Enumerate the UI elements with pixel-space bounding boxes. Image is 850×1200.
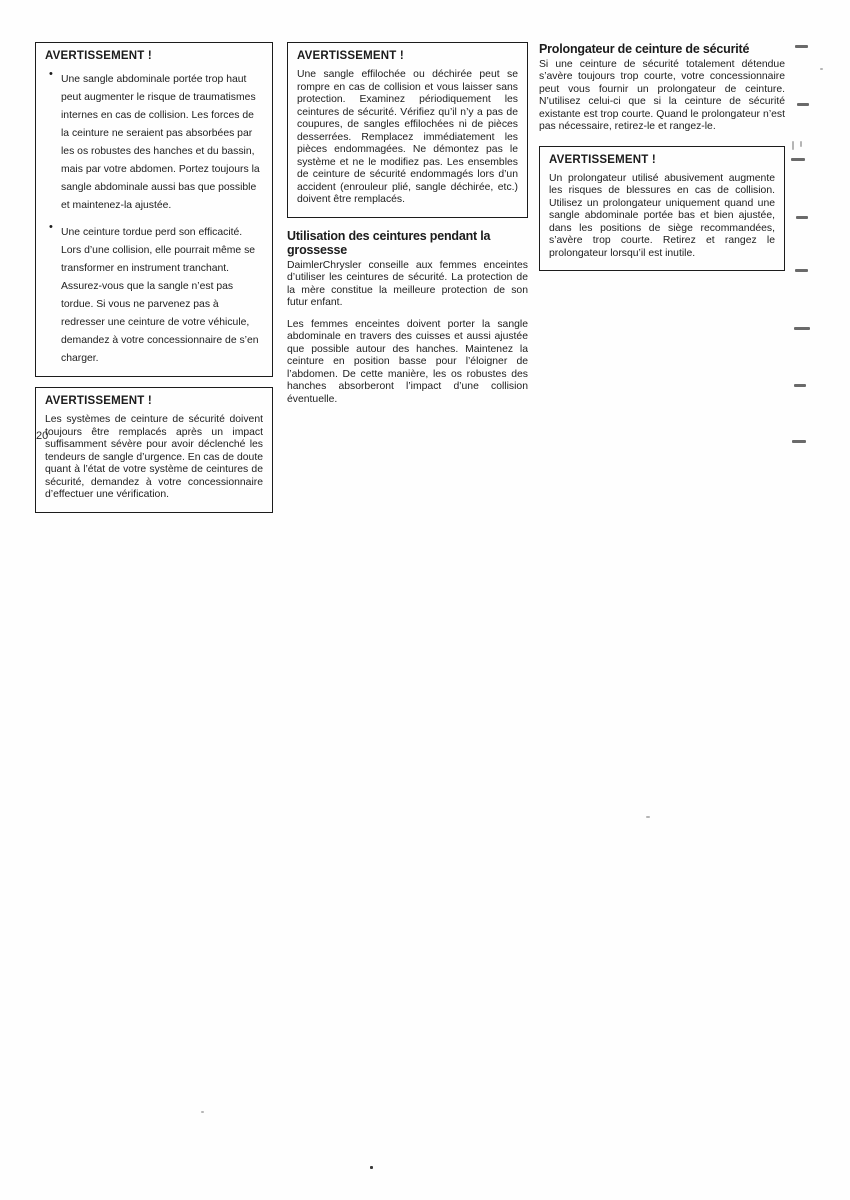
scan-artifact-speck: [646, 816, 650, 818]
body-paragraph: DaimlerChrysler conseille aux femmes enc…: [287, 260, 528, 310]
column-right: Prolongateur de ceinture de sécurité Si …: [539, 42, 785, 281]
scan-artifact-mark: [795, 45, 808, 48]
scan-artifact-mark: [794, 384, 806, 387]
warning-title: AVERTISSEMENT !: [549, 154, 775, 166]
warning-bullet-text: Une ceinture tordue perd son efficacité.…: [61, 227, 259, 364]
scan-artifact-mark: [792, 141, 794, 150]
scan-artifact-speck: [201, 1111, 204, 1113]
warning-box-belt-replacement: AVERTISSEMENT ! Les systèmes de ceinture…: [35, 387, 273, 513]
warning-box-extender-misuse: AVERTISSEMENT ! Un prolongateur utilisé …: [539, 146, 785, 272]
warning-body-text: Un prolongateur utilisé abusivement augm…: [549, 173, 775, 261]
scan-artifact-mark: [820, 68, 823, 70]
scan-artifact-mark: [795, 269, 808, 272]
list-item: Une sangle abdominale portée trop haut p…: [45, 69, 263, 213]
warning-body-text: Les systèmes de ceinture de sécurité doi…: [45, 414, 263, 502]
warning-box-lap-belt: AVERTISSEMENT ! Une sangle abdominale po…: [35, 42, 273, 377]
section-heading-pregnancy: Utilisation des ceintures pendant la gro…: [287, 229, 528, 258]
warning-body-text: Une sangle effilochée ou déchirée peut s…: [297, 69, 518, 207]
list-item: Une ceinture tordue perd son efficacité.…: [45, 222, 263, 366]
column-middle: AVERTISSEMENT ! Une sangle effilochée ou…: [287, 42, 528, 415]
scan-artifact-mark: [794, 327, 810, 330]
scan-artifact-mark: [791, 158, 805, 161]
warning-bullet-list: Une sangle abdominale portée trop haut p…: [45, 69, 263, 366]
scan-artifact-mark: [796, 216, 808, 219]
scan-artifact-mark: [800, 141, 802, 147]
page-number: 20: [36, 430, 48, 442]
column-left: AVERTISSEMENT ! Une sangle abdominale po…: [35, 42, 273, 523]
scan-artifact-mark: [797, 103, 809, 106]
scan-artifact-speck: [370, 1166, 373, 1169]
warning-title: AVERTISSEMENT !: [45, 50, 263, 62]
warning-title: AVERTISSEMENT !: [297, 50, 518, 62]
body-paragraph: Les femmes enceintes doivent porter la s…: [287, 319, 528, 407]
manual-page: AVERTISSEMENT ! Une sangle abdominale po…: [0, 0, 850, 1200]
warning-title: AVERTISSEMENT !: [45, 395, 263, 407]
warning-bullet-text: Une sangle abdominale portée trop haut p…: [61, 74, 260, 211]
scan-artifact-mark: [792, 440, 806, 443]
warning-box-frayed-belt: AVERTISSEMENT ! Une sangle effilochée ou…: [287, 42, 528, 218]
body-paragraph: Si une ceinture de sécurité totalement d…: [539, 59, 785, 134]
section-heading-belt-extender: Prolongateur de ceinture de sécurité: [539, 42, 785, 57]
